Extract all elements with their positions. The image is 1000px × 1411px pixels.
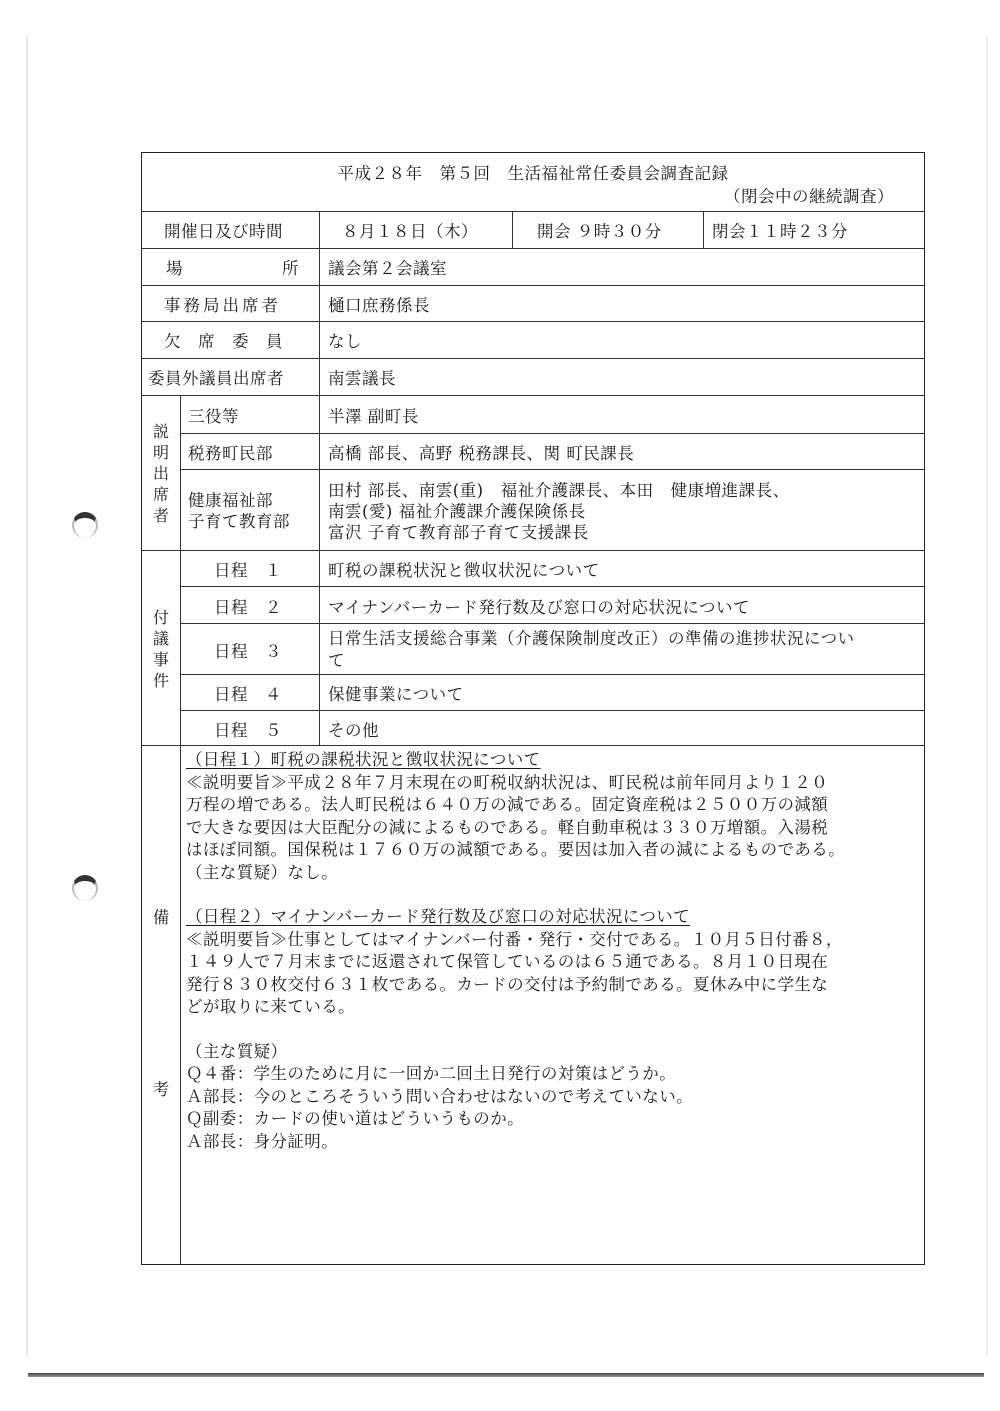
agenda-item-label: 日程 ３ — [214, 624, 282, 675]
agenda-item-text: 町税の課税状況と徴収状況について — [328, 551, 600, 586]
section-heading: （日程１）町税の課税状況と徴収状況について — [186, 749, 916, 772]
explainer-dept: 税務町民部 — [188, 434, 273, 470]
place-label-b: 所 — [282, 255, 299, 279]
remarks-line: はほぼ同額。国保税は１７６０万の減額である。要因は加入者の減によるものである。 — [186, 839, 916, 862]
qa-heading: （主な質疑） — [186, 1041, 916, 1064]
non-member-value: 南雲議長 — [328, 359, 396, 395]
non-member-label: 委員外議員出席者 — [148, 359, 284, 395]
punch-hole-icon — [72, 875, 98, 901]
row-non-member-attendees: 委員外議員出席者 南雲議長 — [142, 358, 924, 395]
place-label: 場 所 — [142, 249, 319, 285]
date-value: ８月１８日（木） — [342, 212, 478, 248]
qa-line: Ａ部長：身分証明。 — [186, 1131, 916, 1154]
remarks-body: （日程１）町税の課税状況と徴収状況について ≪説明要旨≫平成２８年７月末現在の町… — [186, 749, 916, 1153]
agenda-item-label: 日程 ４ — [214, 675, 282, 711]
agenda-item-text: マイナンバーカード発行数及び窓口の対応状況について — [328, 587, 750, 624]
explainers-section: 説 明 出 席 者 三役等 半澤 副町長 税務町民部 高橋 部長、高野 税務課長… — [142, 395, 924, 550]
agenda-item: 日程 １ 町税の課税状況と徴収状況について — [180, 551, 924, 586]
document-title: 平成２８年 第５回 生活福祉常任委員会調査記録 — [142, 160, 924, 184]
explainers-group-label: 説 明 出 席 者 — [142, 396, 180, 551]
title-block: 平成２８年 第５回 生活福祉常任委員会調査記録 （閉会中の継続調査） — [142, 153, 924, 211]
agenda-item-text: その他 — [328, 711, 379, 747]
explainer-row: 三役等 半澤 副町長 — [180, 396, 924, 433]
row-date-time: 開催日及び時間 ８月１８日（木） 開会 ９時３０分 閉会１１時２３分 — [142, 211, 924, 248]
close-time: 閉会１１時２３分 — [712, 212, 848, 248]
explainer-row: 税務町民部 高橋 部長、高野 税務課長、関 町民課長 — [180, 433, 924, 470]
qa-line: Ｑ４番：学生のために月に一回か二回土日発行の対策はどうか。 — [186, 1063, 916, 1086]
remarks-section: 備 考 （日程１）町税の課税状況と徴収状況について ≪説明要旨≫平成２８年７月末… — [142, 745, 924, 1264]
explainer-dept: 三役等 — [188, 396, 239, 433]
record-table: 平成２８年 第５回 生活福祉常任委員会調査記録 （閉会中の継続調査） 開催日及び… — [141, 152, 925, 1265]
agenda-item-text: 日常生活支援総合事業（介護保険制度改正）の準備の進捗状況につい て — [328, 624, 855, 675]
remarks-line: どが取りに来ている。 — [186, 996, 916, 1019]
agenda-section: 付 議 事 件 日程 １ 町税の課税状況と徴収状況について 日程 ２ マイナンバ… — [142, 550, 924, 745]
row-secretariat: 事務局出席者 樋口庶務係長 — [142, 285, 924, 321]
qa-line: Ｑ副委：カードの使い道はどういうものか。 — [186, 1108, 916, 1131]
remarks-label-top: 備 — [142, 904, 180, 928]
place-label-a: 場 — [166, 255, 183, 279]
row-place: 場 所 議会第２会議室 — [142, 248, 924, 285]
remarks-line: １４９人で７月末までに返還されて保管しているのは６５通である。８月１０日現在 — [186, 951, 916, 974]
agenda-item: 日程 ３ 日常生活支援総合事業（介護保険制度改正）の準備の進捗状況につい て — [180, 623, 924, 675]
explainer-row: 健康福祉部 子育て教育部 田村 部長、南雲(重) 福祉介護課長、本田 健康増進課… — [180, 469, 924, 552]
secretariat-value: 樋口庶務係長 — [328, 286, 430, 321]
place-value: 議会第２会議室 — [328, 249, 447, 285]
explainer-names: 田村 部長、南雲(重) 福祉介護課長、本田 健康増進課長、 南雲(愛) 福祉介護… — [328, 470, 790, 552]
absent-label: 欠 席 委 員 — [164, 322, 283, 358]
document-subtitle: （閉会中の継続調査） — [724, 183, 894, 207]
agenda-item-text: 保健事業について — [328, 675, 464, 711]
remarks-line: ≪説明要旨≫仕事としてはマイナンバー付番・発行・交付である。１０月５日付番８， — [186, 929, 916, 952]
row-absent-members: 欠 席 委 員 なし — [142, 321, 924, 358]
explainer-names: 高橋 部長、高野 税務課長、関 町民課長 — [328, 434, 634, 470]
agenda-item: 日程 ２ マイナンバーカード発行数及び窓口の対応状況について — [180, 586, 924, 624]
secretariat-label: 事務局出席者 — [164, 286, 281, 321]
remarks-label-bottom: 考 — [142, 1076, 180, 1100]
agenda-group-label: 付 議 事 件 — [142, 551, 180, 746]
punch-hole-icon — [72, 512, 98, 538]
agenda-item-label: 日程 １ — [214, 551, 282, 586]
paper-bottom-edge — [28, 1373, 984, 1377]
explainer-dept: 健康福祉部 子育て教育部 — [188, 470, 290, 552]
remarks-line: 万程の増である。法人町民税は６４０万の減である。固定資産税は２５００万の減額 — [186, 794, 916, 817]
agenda-item-label: 日程 ５ — [214, 711, 282, 747]
explainer-names: 半澤 副町長 — [328, 396, 419, 433]
remarks-line: 発行８３０枚交付６３１枚である。カードの交付は予約制である。夏休み中に学生な — [186, 974, 916, 997]
qa-line: Ａ部長：今のところそういう問い合わせはないので考えていない。 — [186, 1086, 916, 1109]
agenda-item-label: 日程 ２ — [214, 587, 282, 624]
absent-value: なし — [328, 322, 362, 358]
date-label: 開催日及び時間 — [164, 212, 283, 248]
agenda-item: 日程 ４ 保健事業について — [180, 674, 924, 711]
remarks-line: （主な質疑）なし。 — [186, 862, 916, 885]
section-heading: （日程２）マイナンバーカード発行数及び窓口の対応状況について — [186, 906, 916, 929]
remarks-line: で大きな要因は大臣配分の減によるものである。軽自動車税は３３０万増額。入湯税 — [186, 817, 916, 840]
remarks-line: ≪説明要旨≫平成２８年７月末現在の町税収納状況は、町民税は前年同月より１２０ — [186, 772, 916, 795]
agenda-item: 日程 ５ その他 — [180, 710, 924, 747]
open-time: 開会 ９時３０分 — [537, 212, 662, 248]
